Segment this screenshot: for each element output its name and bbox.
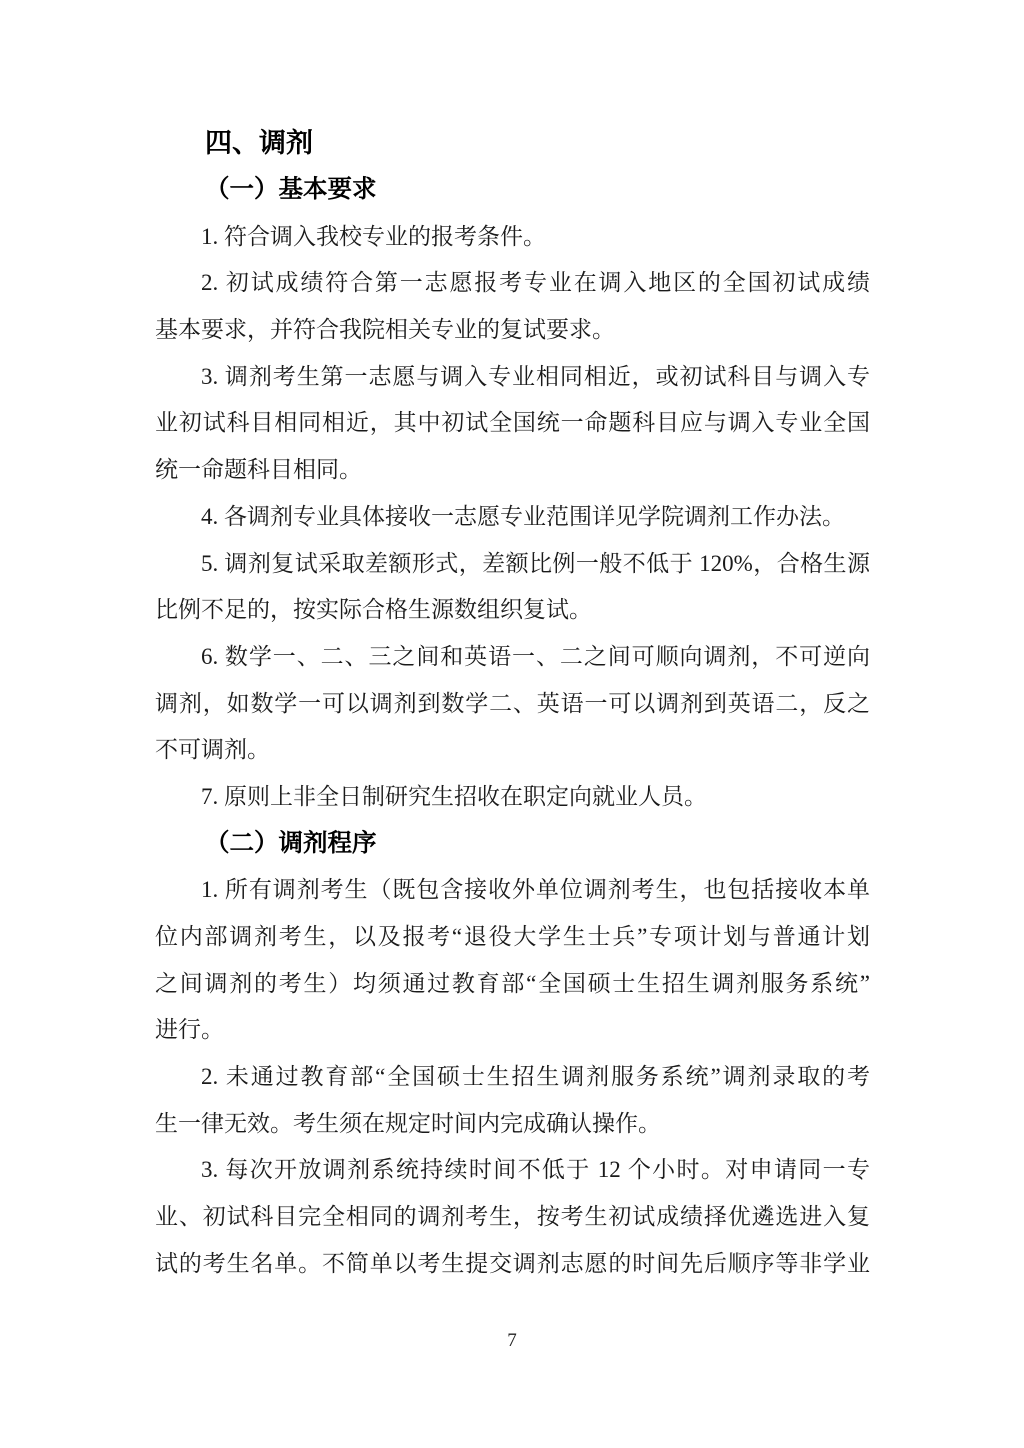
doc-line: 2. 未通过教育部“全国硕士生招生调剂服务系统”调剂录取的考: [155, 1054, 870, 1101]
doc-line: 调剂，如数学一可以调剂到数学二、英语一可以调剂到英语二，反之: [155, 681, 870, 728]
doc-line: 1. 所有调剂考生（既包含接收外单位调剂考生，也包括接收本单: [155, 867, 870, 914]
document-body: 四、调剂 （一）基本要求 1. 符合调入我校专业的报考条件。 2. 初试成绩符合…: [155, 120, 870, 1288]
doc-line: 4. 各调剂专业具体接收一志愿专业范围详见学院调剂工作办法。: [155, 494, 870, 541]
doc-line: 5. 调剂复试采取差额形式，差额比例一般不低于 120%，合格生源: [155, 541, 870, 588]
doc-line: 1. 符合调入我校专业的报考条件。: [155, 214, 870, 261]
section-title-basic-requirements: （一）基本要求: [155, 167, 870, 214]
doc-line: 3. 每次开放调剂系统持续时间不低于 12 个小时。对申请同一专: [155, 1147, 870, 1194]
doc-line: 位内部调剂考生，以及报考“退役大学生士兵”专项计划与普通计划: [155, 914, 870, 961]
doc-line: 6. 数学一、二、三之间和英语一、二之间可顺向调剂，不可逆向: [155, 634, 870, 681]
doc-line: 不可调剂。: [155, 727, 870, 774]
doc-line: 比例不足的，按实际合格生源数组织复试。: [155, 587, 870, 634]
doc-line: 业、初试科目完全相同的调剂考生，按考生初试成绩择优遴选进入复: [155, 1194, 870, 1241]
doc-line: 统一命题科目相同。: [155, 447, 870, 494]
section-title-transfer-procedure: （二）调剂程序: [155, 821, 870, 868]
doc-line: 进行。: [155, 1007, 870, 1054]
main-heading: 四、调剂: [155, 120, 870, 167]
page-number: 7: [0, 1330, 1024, 1352]
doc-line: 7. 原则上非全日制研究生招收在职定向就业人员。: [155, 774, 870, 821]
doc-line: 之间调剂的考生）均须通过教育部“全国硕士生招生调剂服务系统”: [155, 961, 870, 1008]
document-page: 四、调剂 （一）基本要求 1. 符合调入我校专业的报考条件。 2. 初试成绩符合…: [0, 0, 1024, 1448]
doc-line: 业初试科目相同相近，其中初试全国统一命题科目应与调入专业全国: [155, 400, 870, 447]
doc-line: 试的考生名单。不简单以考生提交调剂志愿的时间先后顺序等非学业: [155, 1241, 870, 1288]
doc-line: 生一律无效。考生须在规定时间内完成确认操作。: [155, 1101, 870, 1148]
doc-line: 基本要求，并符合我院相关专业的复试要求。: [155, 307, 870, 354]
doc-line: 3. 调剂考生第一志愿与调入专业相同相近，或初试科目与调入专: [155, 354, 870, 401]
doc-line: 2. 初试成绩符合第一志愿报考专业在调入地区的全国初试成绩: [155, 260, 870, 307]
